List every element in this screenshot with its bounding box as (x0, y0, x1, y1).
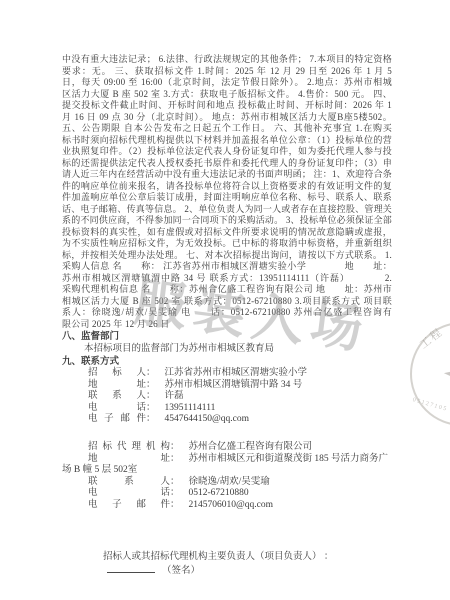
seal-arc-text: 工程 (416, 324, 446, 353)
label-colon: ： (170, 488, 180, 498)
contact-label: 联系人 (88, 477, 170, 489)
contact-row: 电话：13951114111 (62, 403, 392, 415)
label-colon: ： (170, 454, 180, 464)
body-line: 苏州市相城区渭塘镇渭中路 34 号 联系方式：13951114111（许磊） 2… (62, 273, 392, 285)
contact-row: 地址：苏州市相城区渭塘镇渭中路 34 号 (62, 380, 392, 392)
body-line: 件的响应单位前来报名，请各投标单位将符合以上资格要求的有效证明文件的复印 (62, 181, 392, 193)
body-line: 标的还需提供法定代表人授权委托书原件和委托代理人的身份证复印件；（3）申 (62, 158, 392, 170)
contact-row: 联系人：许磊 (62, 391, 392, 403)
body-line: 五、公告期限 自本公告发布之日起五个工作日。 六、其他补充事宜 1.在购买 (62, 123, 392, 135)
body-line: 提交投标文件截止时间、开标时间和地点 投标截止时间、开标时间：2026 年 1 (62, 100, 392, 112)
contact-label: 招标人 (88, 368, 146, 380)
star-icon: ★ (438, 349, 450, 400)
section-heading-supervision: 八、监督部门 (62, 331, 392, 343)
label-colon: ： (170, 500, 180, 510)
signature-blank (107, 563, 155, 573)
contact-label: 电子邮件 (88, 414, 146, 426)
body-line: 要求：无。 三、获取招标文件 1.时间：2025 年 12 月 29 日至 20… (62, 66, 392, 78)
contact-value: 苏州合亿盛工程咨询有限公司 (189, 442, 313, 452)
body-line: 限公司 2025 年 12 月 26 日 (62, 319, 392, 331)
agency-info: 招标代理机构：苏州合亿盛工程咨询有限公司 地址：苏州市相城区元和街道聚茂街 18… (62, 442, 392, 512)
contact-row: 电话：0512-67210880 (62, 488, 392, 500)
contact-value: 江苏省苏州市相城区渭塘实验小学 (165, 368, 308, 378)
body-line: 业执照复印件。（2）投标单位法定代表人身份证复印件，如为委托代理人参与投 (62, 146, 392, 158)
signature-suffix: （签名） (162, 566, 200, 576)
body-line: 标，并按相关处理办法处理。 七、对本次招标提出询问，请按以下方式联系。 1. (62, 250, 392, 262)
body-line: 标书时须向招标代理机构提供以下材料并加盖报名单位公章：（1）投标单位的营 (62, 135, 392, 147)
contact-label: 联系人 (88, 391, 146, 403)
contact-label: 地址 (88, 380, 146, 392)
body-line: 日，每天 09:00 至 16:00（北京时间，法定节假日除外）。 2.地点：苏… (62, 77, 392, 89)
label-colon: ： (170, 477, 180, 487)
body-line: 请人近三年内在经营活动中没有重大违法记录的书面声明函； 注：1、欢迎符合条 (62, 169, 392, 181)
scanned-document-page: 中没有重大违法记录； 6.法律、行政法规规定的其他条件； 7.本项目的特定资格 … (0, 0, 450, 600)
contact-label: 地址 (88, 454, 170, 466)
body-line: 采购人信息 名 称： 江苏省苏州市相城区渭塘实验小学 地 址： (62, 261, 392, 273)
contact-value: 2145706010@qq.com (189, 500, 273, 510)
contact-row: 招标人：江苏省苏州市相城区渭塘实验小学 (62, 368, 392, 380)
signature-line: 招标人或其招标代理机构主要负责人（项目负责人） ：（签名） (62, 551, 392, 577)
body-line: 投标资料的真实性，如有虚假或对招标文件所要求说明的情况故意隐瞒或虚报，视 (62, 227, 392, 239)
label-colon: ： (146, 414, 156, 424)
section-heading-contact: 九、联系方式 (62, 356, 392, 368)
seal-arc-number: 05127105 (412, 397, 448, 413)
label-colon: ： (170, 442, 180, 452)
contact-value: 许磊 (165, 391, 184, 401)
supervision-body: 本招标项目的监督部门为苏州市相城区教育局 (62, 343, 392, 355)
contact-row: 联系人：徐晓逸/胡欢/吴雯瑜 (62, 477, 392, 489)
body-line: 系的不同供应商，不得参加同一合同项下的采购活动。 3、投标单位必须保证全部 (62, 215, 392, 227)
body-line: 件加盖响应单位公章后装订成册，封面注明响应单位名称、标号、联系人、联系电 (62, 192, 392, 204)
label-colon: ： (146, 380, 156, 390)
announcement-body: 中没有重大违法记录； 6.法律、行政法规规定的其他条件； 7.本项目的特定资格 … (62, 54, 392, 330)
body-line: 月 16 日 09 点 30 分（北京时间）。 地点：苏州市相城区活力大厦B座5… (62, 112, 392, 124)
label-colon: ： (146, 403, 156, 413)
contact-value: 13951114111 (165, 403, 216, 413)
contact-row: 电子邮件：4547644150@qq.com (62, 414, 392, 426)
contact-label: 电话 (88, 488, 170, 500)
label-colon: ： (146, 391, 156, 401)
contact-row: 地址：苏州市相城区元和街道聚茂街 185 号活力商务广场 B 幢 5 层 502… (62, 454, 392, 477)
body-line: 采购代理机构信息 名 称：苏州合亿盛工程咨询有限公司 地 址：苏州市 (62, 284, 392, 296)
contact-label: 招标代理机构 (88, 442, 170, 454)
signature-text: 招标人或其招标代理机构主要负责人（项目负责人） ： (103, 552, 333, 562)
contact-value: 苏州市相城区渭塘镇渭中路 34 号 (165, 380, 303, 390)
contact-label: 电子邮件 (88, 500, 170, 512)
label-colon: ： (146, 368, 156, 378)
body-line: 系人：徐晓逸/胡欢/吴雯瑜 电 话：0512-67210880 苏州合亿盛工程咨… (62, 307, 392, 319)
seal-ring (410, 322, 450, 426)
body-line: 中没有重大违法记录； 6.法律、行政法规规定的其他条件； 7.本项目的特定资格 (62, 54, 392, 66)
contact-label: 电话 (88, 403, 146, 415)
contact-row: 电子邮件：2145706010@qq.com (62, 500, 392, 512)
contact-value: 4547644150@qq.com (165, 414, 249, 424)
contact-value: 徐晓逸/胡欢/吴雯瑜 (189, 477, 270, 487)
contact-row: 招标代理机构：苏州合亿盛工程咨询有限公司 (62, 442, 392, 454)
contact-value: 0512-67210880 (189, 488, 249, 498)
body-line: 话、电子邮箱、传真等信息。 2、单位负责人为同一人或者存在直接控股、管理关 (62, 204, 392, 216)
body-line: 相城区活力大厦 B 座 502 室 联系方式：0512-67210880 3.项… (62, 296, 392, 308)
official-seal: 工程 ★ 05127105 (410, 322, 450, 426)
document-column: 中没有重大违法记录； 6.法律、行政法规规定的其他条件； 7.本项目的特定资格 … (62, 54, 392, 577)
tenderer-info: 招标人：江苏省苏州市相城区渭塘实验小学 地址：苏州市相城区渭塘镇渭中路 34 号… (62, 368, 392, 426)
body-line: 区活力大厦 B 座 502 室 3.方式：获取电子版招标文件。 4.售价：500… (62, 89, 392, 101)
body-line: 为不实质性响应招标文件，为无效投标。已中标的将取消中标资格，并重新组织招 (62, 238, 392, 250)
